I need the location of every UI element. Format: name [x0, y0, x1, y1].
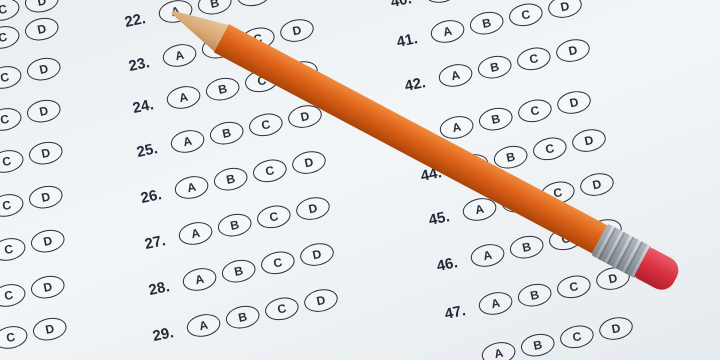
bubble-a[interactable]: A: [429, 17, 467, 46]
bubble-a[interactable]: A: [423, 0, 461, 6]
bubble-d[interactable]: D: [554, 36, 592, 65]
bubble-c[interactable]: C: [0, 281, 28, 310]
bubble-d[interactable]: D: [302, 286, 340, 315]
bubble-b[interactable]: B: [468, 9, 506, 38]
bubble-c[interactable]: C: [0, 235, 28, 264]
bubble-d[interactable]: D: [578, 170, 616, 199]
question-number: 40.: [376, 0, 413, 13]
question-number: 24.: [118, 96, 155, 120]
bubble-c[interactable]: C: [255, 203, 293, 232]
bubble-b[interactable]: B: [208, 119, 246, 148]
bubble-d[interactable]: D: [31, 315, 69, 344]
bubble-d[interactable]: D: [29, 273, 67, 302]
question-number: 46.: [422, 254, 459, 278]
bubble-c[interactable]: C: [507, 1, 545, 30]
bubble-d[interactable]: D: [290, 148, 328, 177]
bubble-c[interactable]: C: [251, 157, 289, 186]
bubble-d[interactable]: D: [25, 97, 63, 126]
question-number: 27.: [130, 232, 167, 256]
bubble-a[interactable]: A: [185, 311, 223, 340]
bubble-b[interactable]: B: [224, 303, 262, 332]
bubble-d[interactable]: D: [278, 16, 316, 45]
bubble-c[interactable]: C: [0, 147, 26, 176]
bubble-b[interactable]: B: [220, 257, 258, 286]
bubble-c[interactable]: C: [516, 97, 554, 126]
question-number: 45.: [414, 208, 451, 232]
bubble-c[interactable]: C: [259, 249, 297, 278]
bubble-a[interactable]: A: [437, 61, 475, 90]
partial-row: C D: [0, 139, 65, 176]
bubble-d[interactable]: D: [274, 0, 312, 1]
bubble-d[interactable]: D: [25, 55, 63, 84]
bubble-a[interactable]: A: [181, 265, 219, 294]
bubble-b[interactable]: B: [212, 165, 250, 194]
bubble-d[interactable]: D: [294, 194, 332, 223]
bubble-a[interactable]: A: [173, 173, 211, 202]
question-number: 42.: [390, 74, 427, 98]
bubble-d[interactable]: D: [23, 0, 61, 15]
bubble-c[interactable]: C: [235, 0, 273, 9]
bubble-b[interactable]: B: [519, 331, 557, 360]
bubble-a[interactable]: A: [469, 241, 507, 270]
bubble-d[interactable]: D: [597, 314, 635, 343]
bubble-c[interactable]: C: [0, 23, 22, 52]
bubble-a[interactable]: A: [169, 127, 207, 156]
bubble-b[interactable]: B: [216, 211, 254, 240]
bubble-d[interactable]: D: [546, 0, 584, 21]
bubble-d[interactable]: D: [298, 240, 336, 269]
question-number: 41.: [382, 30, 419, 54]
bubble-c[interactable]: C: [0, 191, 26, 220]
bubble-b[interactable]: B: [476, 53, 514, 82]
question-number: 23.: [114, 54, 151, 78]
partial-row: C D: [0, 97, 63, 134]
bubble-b[interactable]: B: [477, 105, 515, 134]
bubble-d[interactable]: D: [570, 126, 608, 155]
bubble-b[interactable]: B: [204, 75, 242, 104]
bubble-c[interactable]: C: [247, 111, 285, 140]
partial-row: C D: [0, 15, 61, 52]
bubble-a[interactable]: A: [480, 339, 518, 360]
partial-row: C D: [0, 183, 65, 220]
bubble-b[interactable]: B: [516, 281, 554, 310]
question-number: 25.: [122, 140, 159, 164]
bubble-c[interactable]: C: [531, 135, 569, 164]
bubble-d[interactable]: D: [555, 88, 593, 117]
bubble-d[interactable]: D: [27, 183, 65, 212]
question-number: 22.: [110, 10, 147, 34]
bubble-a[interactable]: A: [177, 219, 215, 248]
bubble-c[interactable]: C: [0, 0, 22, 24]
bubble-c[interactable]: C: [0, 323, 30, 352]
bubble-c[interactable]: C: [263, 295, 301, 324]
answer-sheet: C D C D C D C D C D C D C D C D C D 22. …: [0, 0, 720, 360]
bubble-c[interactable]: C: [558, 323, 596, 352]
bubble-a[interactable]: A: [477, 289, 515, 318]
question-number: 47.: [430, 302, 467, 326]
question-row-48: A B C D: [480, 314, 635, 360]
partial-row: C D: [0, 55, 63, 92]
question-number: 28.: [134, 278, 171, 302]
bubble-c[interactable]: C: [0, 105, 24, 134]
partial-row: C D: [0, 227, 67, 264]
question-row-47: 47. A B C D: [430, 264, 632, 328]
bubble-d[interactable]: D: [27, 139, 65, 168]
question-number: 26.: [126, 186, 163, 210]
question-number: 29.: [138, 324, 175, 348]
bubble-d[interactable]: D: [29, 227, 67, 256]
partial-row: C D: [0, 315, 69, 352]
bubble-c[interactable]: C: [555, 273, 593, 302]
bubble-b[interactable]: B: [508, 233, 546, 262]
bubble-d[interactable]: D: [23, 15, 61, 44]
bubble-c[interactable]: C: [515, 45, 553, 74]
bubble-c[interactable]: C: [0, 63, 24, 92]
bubble-a[interactable]: A: [165, 83, 203, 112]
partial-row: C D: [0, 273, 67, 310]
